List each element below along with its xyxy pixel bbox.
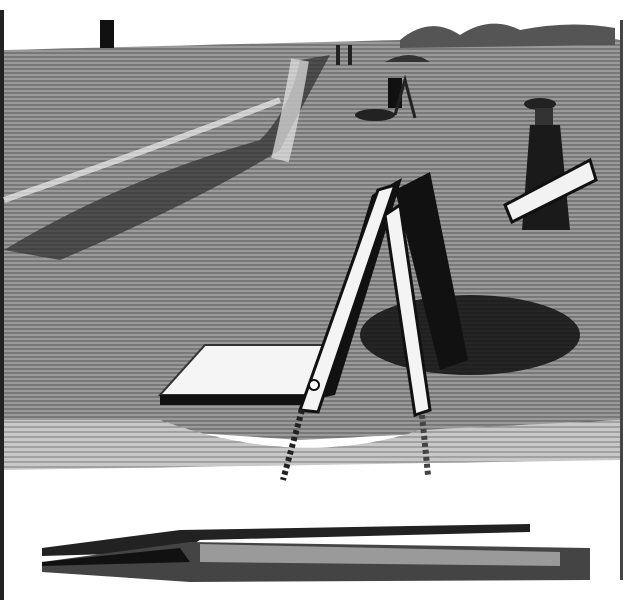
engraving-illustration: [0, 0, 626, 603]
folded-easel: [42, 524, 590, 582]
left-border: [0, 10, 4, 600]
right-border: [620, 20, 623, 580]
